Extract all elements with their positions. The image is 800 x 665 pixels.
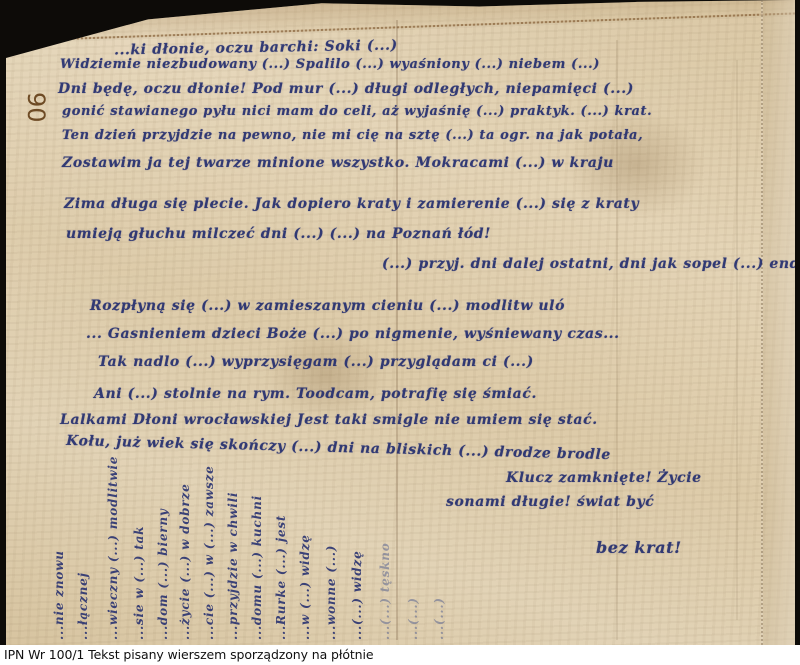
- handwritten-line: gonić stawianego pyłu nici mam do celi, …: [62, 104, 652, 119]
- vertical-handwritten-line: ...przyjdzie w chwili: [226, 492, 240, 640]
- fabric-stain: [266, 330, 386, 420]
- right-hem: [761, 0, 795, 645]
- pin-hole: [50, 26, 55, 31]
- vertical-handwritten-line: ...(...): [406, 597, 420, 640]
- handwritten-line: Widziemie niezbudowany (...) Spalilo (..…: [60, 57, 600, 72]
- vertical-handwritten-line: ...(...) tęskno: [378, 542, 392, 640]
- fabric-crease: [736, 60, 738, 620]
- handwritten-line: umieją głuchu milczeć dni (...) (...) na…: [66, 226, 491, 242]
- vertical-handwritten-line: ...Rurke (...) jest: [274, 515, 288, 640]
- vertical-handwritten-line: ...(...) widzę: [350, 550, 364, 640]
- vertical-handwritten-line: ...(...): [432, 597, 446, 640]
- handwritten-line: Zostawim ja tej twarze minione wszystko.…: [62, 155, 614, 171]
- vertical-handwritten-line: ...życie (...) w dobrze: [178, 483, 192, 640]
- vertical-handwritten-line: ...cie (...) w (...) zawsze: [202, 465, 216, 640]
- image-caption: IPN Wr 100/1 Tekst pisany wierszem sporz…: [4, 647, 373, 662]
- vertical-handwritten-line: ...dom (...) bierny: [156, 508, 170, 640]
- pin-hole: [86, 19, 91, 24]
- handwritten-line: sonami długie! świat być: [446, 494, 654, 510]
- vertical-handwritten-line: ...wieczny (...) modlitwie: [106, 456, 120, 640]
- handwritten-line: bez krat!: [596, 538, 682, 557]
- vertical-handwritten-line: ...wonne (...): [324, 545, 338, 640]
- vertical-handwritten-line: ...w (...) widzę: [298, 534, 312, 640]
- handwritten-line: (...) przyj. dni dalej ostatni, dni jak …: [382, 256, 800, 272]
- handwritten-line: Rozpłyną się (...) w zamieszanym cieniu …: [90, 298, 565, 314]
- pin-hole: [66, 22, 71, 27]
- handwritten-line: Ani (...) stolnie na rym. Toodcam, potra…: [94, 386, 537, 402]
- handwritten-line: ... Gasnieniem dzieci Boże (...) po nigm…: [86, 326, 620, 342]
- vertical-handwritten-line: ...nie znowu: [52, 550, 66, 640]
- vertical-handwritten-line: ...łącznej: [76, 572, 90, 640]
- handwritten-line: ...ki dłonie, oczu barchi: Soki (...): [114, 38, 398, 59]
- handwritten-line: Tak nadlo (...) wyprzysięgam (...) przyg…: [98, 354, 534, 370]
- cloth-fabric: 90 ...ki dłonie, oczu barchi: Soki (...)…: [6, 0, 795, 645]
- handwritten-line: Dni będę, oczu dłonie! Pod mur (...) dłu…: [58, 81, 634, 97]
- cloth-photograph: 90 ...ki dłonie, oczu barchi: Soki (...)…: [0, 0, 800, 645]
- handwritten-line: Zima długa się plecie. Jak dopiero kraty…: [64, 196, 639, 212]
- vertical-handwritten-line: ...sie w (...) tak: [132, 526, 146, 640]
- top-hem: [6, 0, 795, 42]
- vertical-handwritten-line: ...domu (...) kuchni: [250, 495, 264, 640]
- handwritten-line: Kołu, już wiek się skończy (...) dni na …: [66, 433, 611, 463]
- handwritten-line: Lalkami Dłoni wrocławskiej Jest taki smi…: [60, 412, 598, 428]
- margin-number: 90: [22, 92, 50, 123]
- handwritten-line: Klucz zamknięte! Życie: [506, 470, 702, 486]
- handwritten-line: Ten dzień przyjdzie na pewno, nie mi cię…: [62, 128, 643, 143]
